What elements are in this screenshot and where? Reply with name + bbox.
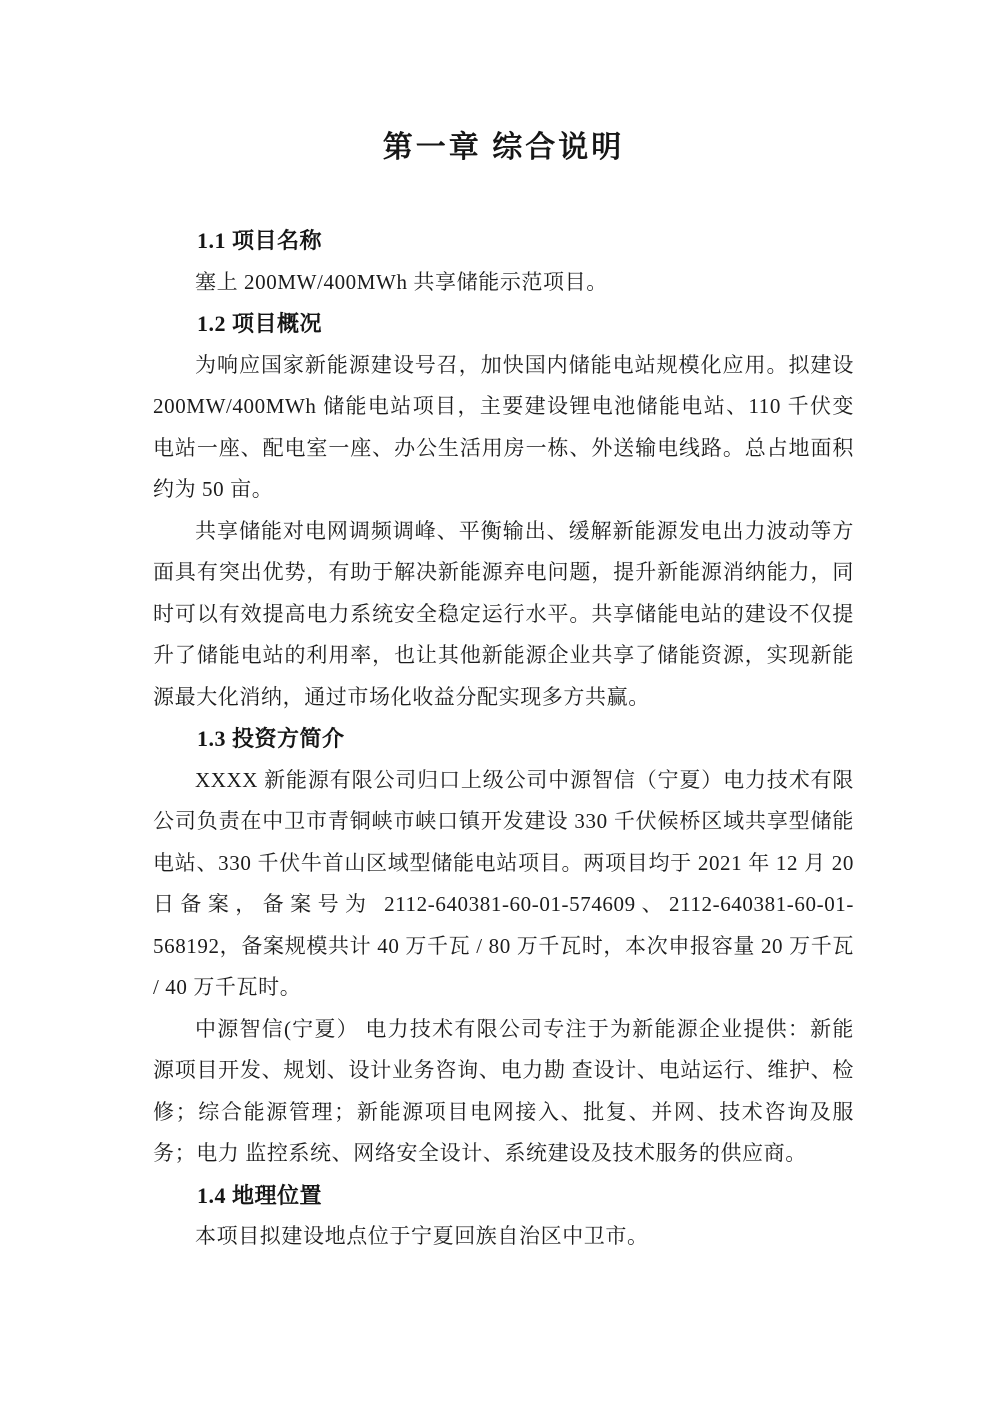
section-heading-1-4: 1.4 地理位置: [153, 1175, 854, 1217]
section-heading-1-3: 1.3 投资方简介: [153, 718, 854, 760]
section-heading-1-1: 1.1 项目名称: [153, 220, 854, 262]
section-investor-intro: 1.3 投资方简介 XXXX 新能源有限公司归口上级公司中源智信（宁夏）电力技术…: [153, 718, 854, 1175]
paragraph: 为响应国家新能源建设号召，加快国内储能电站规模化应用。拟建设 200MW/400…: [153, 345, 854, 511]
paragraph: XXXX 新能源有限公司归口上级公司中源智信（宁夏）电力技术有限公司负责在中卫市…: [153, 760, 854, 1009]
paragraph: 共享储能对电网调频调峰、平衡输出、缓解新能源发电出力波动等方面具有突出优势，有助…: [153, 511, 854, 719]
section-geographic-location: 1.4 地理位置 本项目拟建设地点位于宁夏回族自治区中卫市。: [153, 1175, 854, 1258]
document-page: 第一章 综合说明 1.1 项目名称 塞上 200MW/400MWh 共享储能示范…: [0, 0, 1000, 1411]
chapter-title: 第一章 综合说明: [153, 126, 854, 170]
section-project-overview: 1.2 项目概况 为响应国家新能源建设号召，加快国内储能电站规模化应用。拟建设 …: [153, 303, 854, 718]
paragraph: 本项目拟建设地点位于宁夏回族自治区中卫市。: [153, 1216, 854, 1258]
paragraph: 塞上 200MW/400MWh 共享储能示范项目。: [153, 262, 854, 304]
section-heading-1-2: 1.2 项目概况: [153, 303, 854, 345]
paragraph: 中源智信(宁夏） 电力技术有限公司专注于为新能源企业提供：新能源项目开发、规划、…: [153, 1009, 854, 1175]
section-project-name: 1.1 项目名称 塞上 200MW/400MWh 共享储能示范项目。: [153, 220, 854, 303]
